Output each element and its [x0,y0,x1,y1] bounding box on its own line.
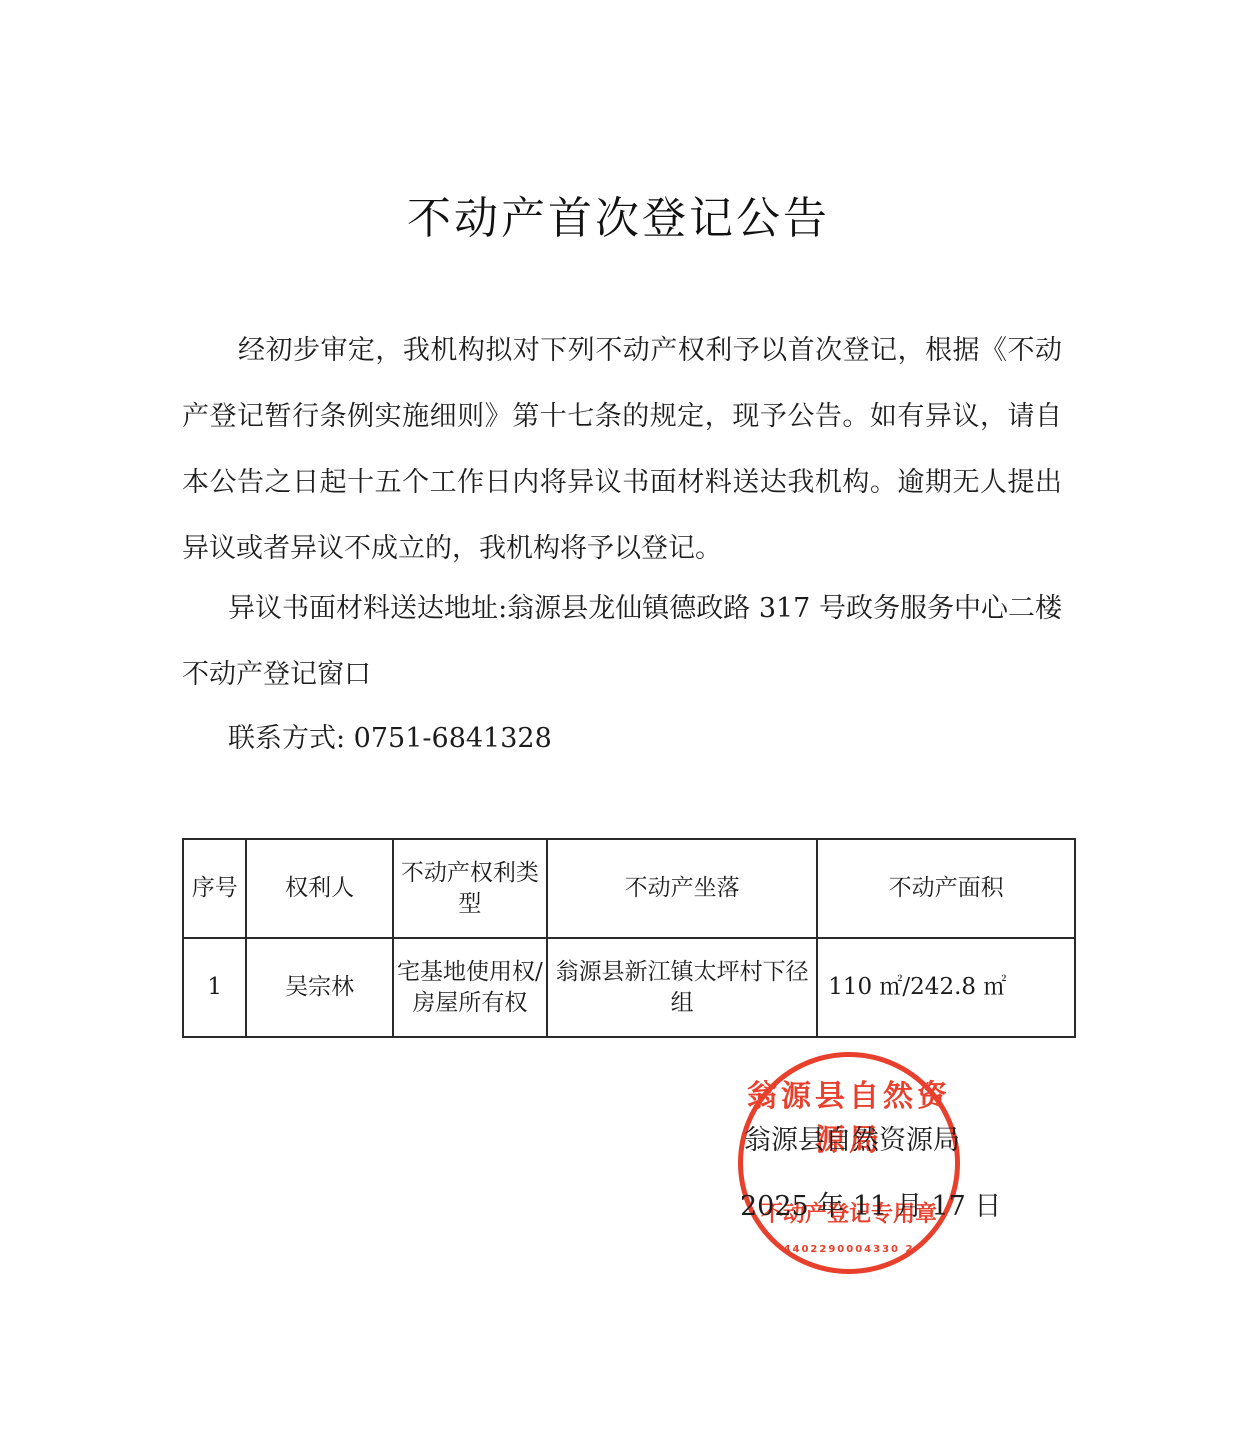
objection-address-paragraph: 异议书面材料送达地址:翁源县龙仙镇德政路 317 号政务服务中心二楼不动产登记窗… [182,576,1062,708]
document-title: 不动产首次登记公告 [0,182,1237,246]
table-header-row: 序号 权利人 不动产权利类型 不动产坐落 不动产面积 [183,839,1075,938]
seal-serial: 4402290004330 2 [743,1244,955,1255]
cell-location: 翁源县新江镇太坪村下径组 [547,938,817,1037]
cell-area: 110 ㎡/242.8 ㎡ [817,938,1075,1037]
notice-paragraph: 经初步审定，我机构拟对下列不动产权利予以首次登记，根据《不动产登记暂行条例实施细… [182,318,1062,582]
header-holder: 权利人 [246,839,392,938]
contact-paragraph: 联系方式: 0751-6841328 [228,706,1108,772]
cell-holder: 吴宗林 [246,938,392,1037]
issuer-signature: 翁源县自然资源局 [744,1118,960,1157]
header-right-type: 不动产权利类型 [393,839,547,938]
cell-right-type: 宅基地使用权/房屋所有权 [393,938,547,1037]
header-index: 序号 [183,839,246,938]
official-seal: 翁源县自然资源局 不动产登记专用章 4402290004330 2 [738,1052,960,1274]
cell-index: 1 [183,938,246,1037]
registration-table: 序号 权利人 不动产权利类型 不动产坐落 不动产面积 1 吴宗林 宅基地使用权/… [182,838,1076,1038]
header-area: 不动产面积 [817,839,1075,938]
issue-date: 2025 年 11 月 17 日 [740,1184,1001,1223]
table-row: 1 吴宗林 宅基地使用权/房屋所有权 翁源县新江镇太坪村下径组 110 ㎡/24… [183,938,1075,1037]
header-location: 不动产坐落 [547,839,817,938]
